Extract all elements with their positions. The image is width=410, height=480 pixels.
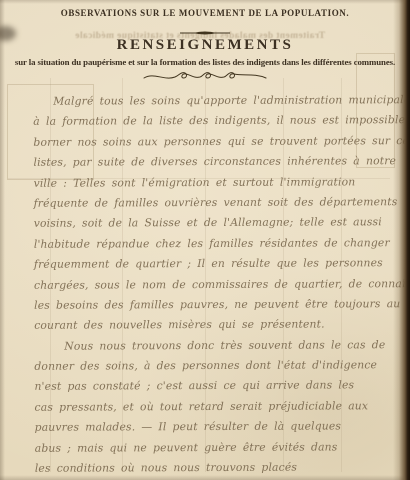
manuscript-line: fréquente de familles ouvrières venant s… bbox=[34, 192, 386, 214]
manuscript-line: Nous nous trouvons donc très souvent dan… bbox=[34, 335, 386, 357]
manuscript-line: courant des nouvelles misères qui se pré… bbox=[34, 315, 386, 337]
manuscript-line: listes, par suite de diverses circonstan… bbox=[33, 151, 385, 173]
manuscript-line: ville : Telles sont l'émigration et surt… bbox=[34, 172, 386, 194]
scan-edge-right bbox=[393, 0, 410, 480]
manuscript-line: les besoins des familles pauvres, ne peu… bbox=[34, 294, 386, 316]
manuscript-line: abus ; mais qui ne peuvent guère être év… bbox=[35, 437, 387, 459]
page-subtitle: sur la situation du paupérisme et sur la… bbox=[0, 57, 410, 67]
page-title: RENSEIGNEMENTS bbox=[0, 37, 410, 54]
manuscript-line: fréquemment de quartier ; Il en résulte … bbox=[34, 253, 386, 275]
document-series-title: OBSERVATIONS SUR LE MOUVEMENT DE LA POPU… bbox=[0, 8, 410, 18]
flourish-ornament-icon bbox=[0, 69, 410, 89]
manuscript-line: cas pressants, et où tout retard serait … bbox=[34, 396, 386, 418]
manuscript-line: donner des soins, à des personnes dont l… bbox=[34, 355, 386, 377]
manuscript-line: l'habitude répandue chez les familles ré… bbox=[34, 233, 386, 255]
manuscript-line: borner nos soins aux personnes qui se tr… bbox=[33, 131, 385, 153]
scan-edge-bottom bbox=[0, 475, 410, 480]
manuscript-line: chargées, sous le nom de commissaires de… bbox=[34, 274, 386, 296]
manuscript-line: n'est pas constaté ; c'est aussi ce qui … bbox=[34, 376, 386, 398]
manuscript-line: à la formation de la liste des indigents… bbox=[33, 111, 385, 133]
manuscript-line: Malgré tous les soins qu'apporte l'admin… bbox=[33, 90, 385, 112]
manuscript-line: pauvres malades. — Il peut résulter de l… bbox=[35, 416, 387, 438]
manuscript-line: voisins, soit de la Suisse et de l'Allem… bbox=[34, 213, 386, 235]
handwritten-text-block: Malgré tous les soins qu'apporte l'admin… bbox=[33, 90, 387, 479]
scan-edge-left bbox=[0, 0, 5, 480]
scan-edge-top bbox=[0, 0, 410, 4]
scanned-document-page: Traitement des malades indigents et stat… bbox=[0, 0, 410, 480]
